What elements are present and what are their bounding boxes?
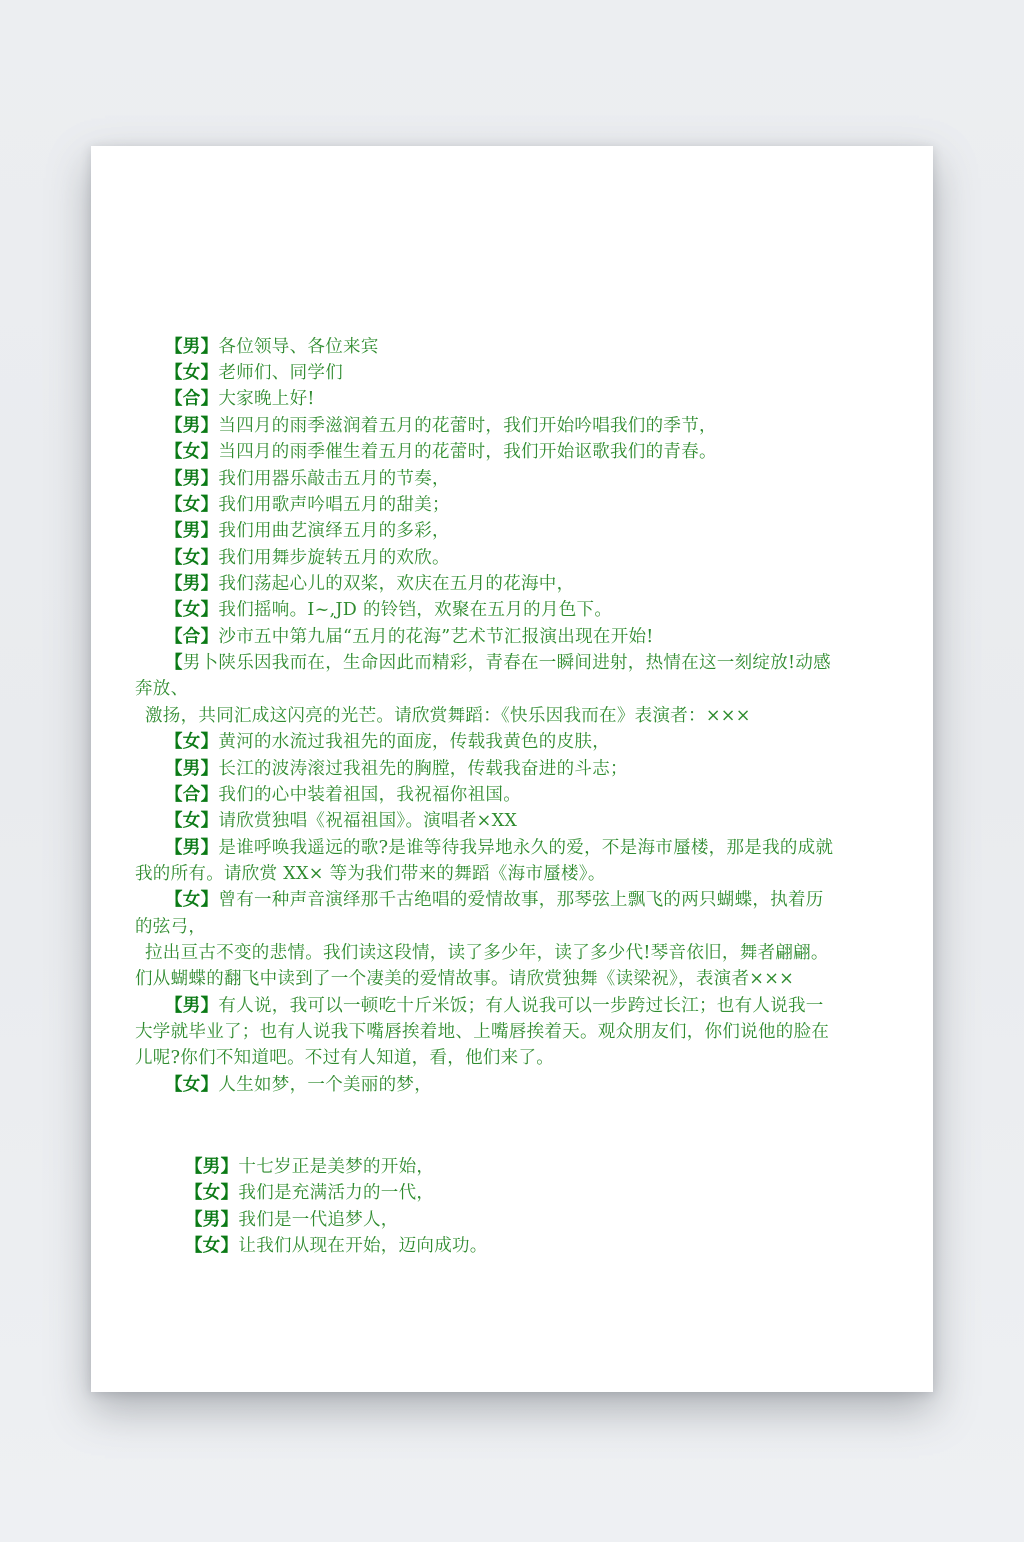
script-line: 【男】各位领导、各位来宾 (165, 334, 379, 360)
speaker-tag: 【女】 (165, 890, 218, 910)
speaker-tag: 【合】 (165, 785, 218, 805)
speaker-tag: 【男】 (165, 838, 218, 858)
script-line: 【男】十七岁正是美梦的开始， (185, 1154, 434, 1180)
script-line: 【合】大家晚上好! (165, 386, 315, 412)
line-text: 我们用器乐敲击五月的节奏， (218, 469, 449, 489)
speaker-tag: 【女】 (185, 1183, 238, 1203)
line-text: 沙市五中第九届“五月的花海”艺术节汇报演出现在开始! (218, 627, 653, 647)
script-line: 【女】当四月的雨季催生着五月的花蕾时，我们开始讴歌我们的青春。 (165, 439, 717, 465)
speaker-tag: 【合】 (165, 627, 218, 647)
speaker-tag: 【女】 (165, 811, 218, 831)
document-page: 【男】各位领导、各位来宾【女】老师们、同学们【合】大家晚上好!【男】当四月的雨季… (91, 146, 933, 1392)
line-text: 是谁呼唤我遥远的歌?是谁等待我异地永久的爱，不是海市蜃楼，那是我的成就 (218, 838, 833, 858)
speaker-tag: 【男】 (165, 337, 218, 357)
speaker-tag: 【女】 (165, 363, 218, 383)
script-line: 【女】黄河的水流过我祖先的面庞，传载我黄色的皮肤， (165, 729, 610, 755)
line-text: 们从蝴蝶的翻飞中读到了一个凄美的爱情故事。请欣赏独舞《读梁祝》，表演者××× (135, 969, 794, 989)
script-line: 【女】我们用舞步旋转五月的欢欣。 (165, 545, 450, 571)
line-text: 拉出亘古不变的悲情。我们读这段情，读了多少年，读了多少代!琴音依旧，舞者翩翩。 (145, 943, 829, 963)
script-line: 大学就毕业了；也有人说我下嘴唇挨着地、上嘴唇挨着天。观众朋友们，你们说他的脸在 (135, 1019, 829, 1045)
line-text: 奔放、 (135, 679, 188, 699)
script-line: 拉出亘古不变的悲情。我们读这段情，读了多少年，读了多少代!琴音依旧，舞者翩翩。 (145, 940, 829, 966)
script-line: 我的所有。请欣赏 XX× 等为我们带来的舞蹈《海市蜃楼》。 (135, 861, 606, 887)
script-line: 【女】我们是充满活力的一代， (185, 1180, 434, 1206)
line-text: 我们用舞步旋转五月的欢欣。 (218, 548, 449, 568)
speaker-tag: 【男】 (165, 521, 218, 541)
line-text: 我们荡起心儿的双桨，欢庆在五月的花海中， (218, 574, 574, 594)
speaker-tag: 【合】 (165, 389, 218, 409)
line-text: 十七岁正是美梦的开始， (238, 1157, 434, 1177)
line-text: 当四月的雨季滋润着五月的花蕾时，我们开始吟唱我们的季节， (218, 416, 716, 436)
line-text: 人生如梦，一个美丽的梦， (218, 1075, 432, 1095)
line-text: 当四月的雨季催生着五月的花蕾时，我们开始讴歌我们的青春。 (218, 442, 716, 462)
line-text: 曾有一种声音演绎那千古绝唱的爱情故事，那琴弦上飘飞的两只蝴蝶，执着历 (218, 890, 823, 910)
script-line: 【女】让我们从现在开始，迈向成功。 (185, 1233, 488, 1259)
script-line: 【男】有人说，我可以一顿吃十斤米饭；有人说我可以一步跨过长江；也有人说我一 (165, 993, 824, 1019)
line-text: 男卜陕乐因我而在，生命因此而精彩，青春在一瞬间进射，热情在这一刻绽放!动感 (183, 653, 831, 673)
speaker-tag: 【女】 (165, 548, 218, 568)
speaker-tag: 【女】 (165, 600, 218, 620)
script-line: 【女】人生如梦，一个美丽的梦， (165, 1072, 432, 1098)
line-text: 我们的心中装着祖国，我祝福你祖国。 (218, 785, 521, 805)
speaker-tag: 【男】 (165, 574, 218, 594)
speaker-tag: 【女】 (165, 1075, 218, 1095)
line-text: 黄河的水流过我祖先的面庞，传载我黄色的皮肤， (218, 732, 610, 752)
speaker-tag: 【男】 (165, 416, 218, 436)
line-text: 我们是一代追梦人， (238, 1210, 398, 1230)
line-text: 大家晚上好! (218, 389, 314, 409)
line-text: 长江的波涛滚过我祖先的胸膛，传载我奋进的斗志； (218, 759, 627, 779)
speaker-tag: 【男】 (185, 1210, 238, 1230)
script-line: 【男】我们用曲艺演绎五月的多彩， (165, 518, 450, 544)
line-text: 的弦弓， (135, 917, 206, 937)
script-line: 【男卜陕乐因我而在，生命因此而精彩，青春在一瞬间进射，热情在这一刻绽放!动感 (165, 650, 831, 676)
speaker-tag: 【女】 (165, 495, 218, 515)
script-line: 【男】我们用器乐敲击五月的节奏， (165, 466, 450, 492)
script-line: 【男】当四月的雨季滋润着五月的花蕾时，我们开始吟唱我们的季节， (165, 413, 717, 439)
script-line: 【女】我们摇响。I~,JD 的铃铛，欢聚在五月的月色下。 (165, 597, 612, 623)
line-text: 激扬，共同汇成这闪亮的光芒。请欣赏舞蹈：《快乐因我而在》表演者：××× (145, 706, 751, 726)
script-line: 【合】我们的心中装着祖国，我祝福你祖国。 (165, 782, 521, 808)
line-text: 大学就毕业了；也有人说我下嘴唇挨着地、上嘴唇挨着天。观众朋友们，你们说他的脸在 (135, 1022, 829, 1042)
line-text: 我们摇响。I~,JD 的铃铛，欢聚在五月的月色下。 (218, 600, 612, 620)
script-line: 【合】沙市五中第九届“五月的花海”艺术节汇报演出现在开始! (165, 624, 654, 650)
script-line: 【女】曾有一种声音演绎那千古绝唱的爱情故事，那琴弦上飘飞的两只蝴蝶，执着历 (165, 887, 824, 913)
speaker-tag: 【男】 (165, 469, 218, 489)
speaker-tag: 【女】 (165, 442, 218, 462)
speaker-tag: 【女】 (165, 732, 218, 752)
script-line: 的弦弓， (135, 914, 206, 940)
script-line: 【男】我们荡起心儿的双桨，欢庆在五月的花海中， (165, 571, 574, 597)
script-line: 【男】我们是一代追梦人， (185, 1207, 399, 1233)
line-text: 让我们从现在开始，迈向成功。 (238, 1236, 487, 1256)
line-text: 我们用曲艺演绎五月的多彩， (218, 521, 449, 541)
speaker-tag: 【男】 (165, 996, 218, 1016)
line-text: 我们用歌声吟唱五月的甜美； (218, 495, 449, 515)
script-line: 【女】我们用歌声吟唱五月的甜美； (165, 492, 450, 518)
speaker-tag: 【男】 (165, 759, 218, 779)
script-line: 【男】长江的波涛滚过我祖先的胸膛，传载我奋进的斗志； (165, 756, 628, 782)
line-text: 儿呢?你们不知道吧。不过有人知道，看，他们来了。 (135, 1048, 554, 1068)
script-line: 【男】是谁呼唤我遥远的歌?是谁等待我异地永久的爱，不是海市蜃楼，那是我的成就 (165, 835, 833, 861)
script-line: 【女】老师们、同学们 (165, 360, 343, 386)
script-line: 们从蝴蝶的翻飞中读到了一个凄美的爱情故事。请欣赏独舞《读梁祝》，表演者××× (135, 966, 794, 992)
script-line: 儿呢?你们不知道吧。不过有人知道，看，他们来了。 (135, 1045, 554, 1071)
script-line: 激扬，共同汇成这闪亮的光芒。请欣赏舞蹈：《快乐因我而在》表演者：××× (145, 703, 751, 729)
speaker-tag: 【 (165, 653, 183, 673)
speaker-tag: 【男】 (185, 1157, 238, 1177)
script-line: 【女】请欣赏独唱《祝福祖国》。演唱者×XX (165, 808, 517, 834)
line-text: 我的所有。请欣赏 XX× 等为我们带来的舞蹈《海市蜃楼》。 (135, 864, 606, 884)
speaker-tag: 【女】 (185, 1236, 238, 1256)
line-text: 老师们、同学们 (218, 363, 343, 383)
line-text: 有人说，我可以一顿吃十斤米饭；有人说我可以一步跨过长江；也有人说我一 (218, 996, 823, 1016)
line-text: 各位领导、各位来宾 (218, 337, 378, 357)
line-text: 请欣赏独唱《祝福祖国》。演唱者×XX (218, 811, 517, 831)
line-text: 我们是充满活力的一代， (238, 1183, 434, 1203)
script-line: 奔放、 (135, 676, 188, 702)
